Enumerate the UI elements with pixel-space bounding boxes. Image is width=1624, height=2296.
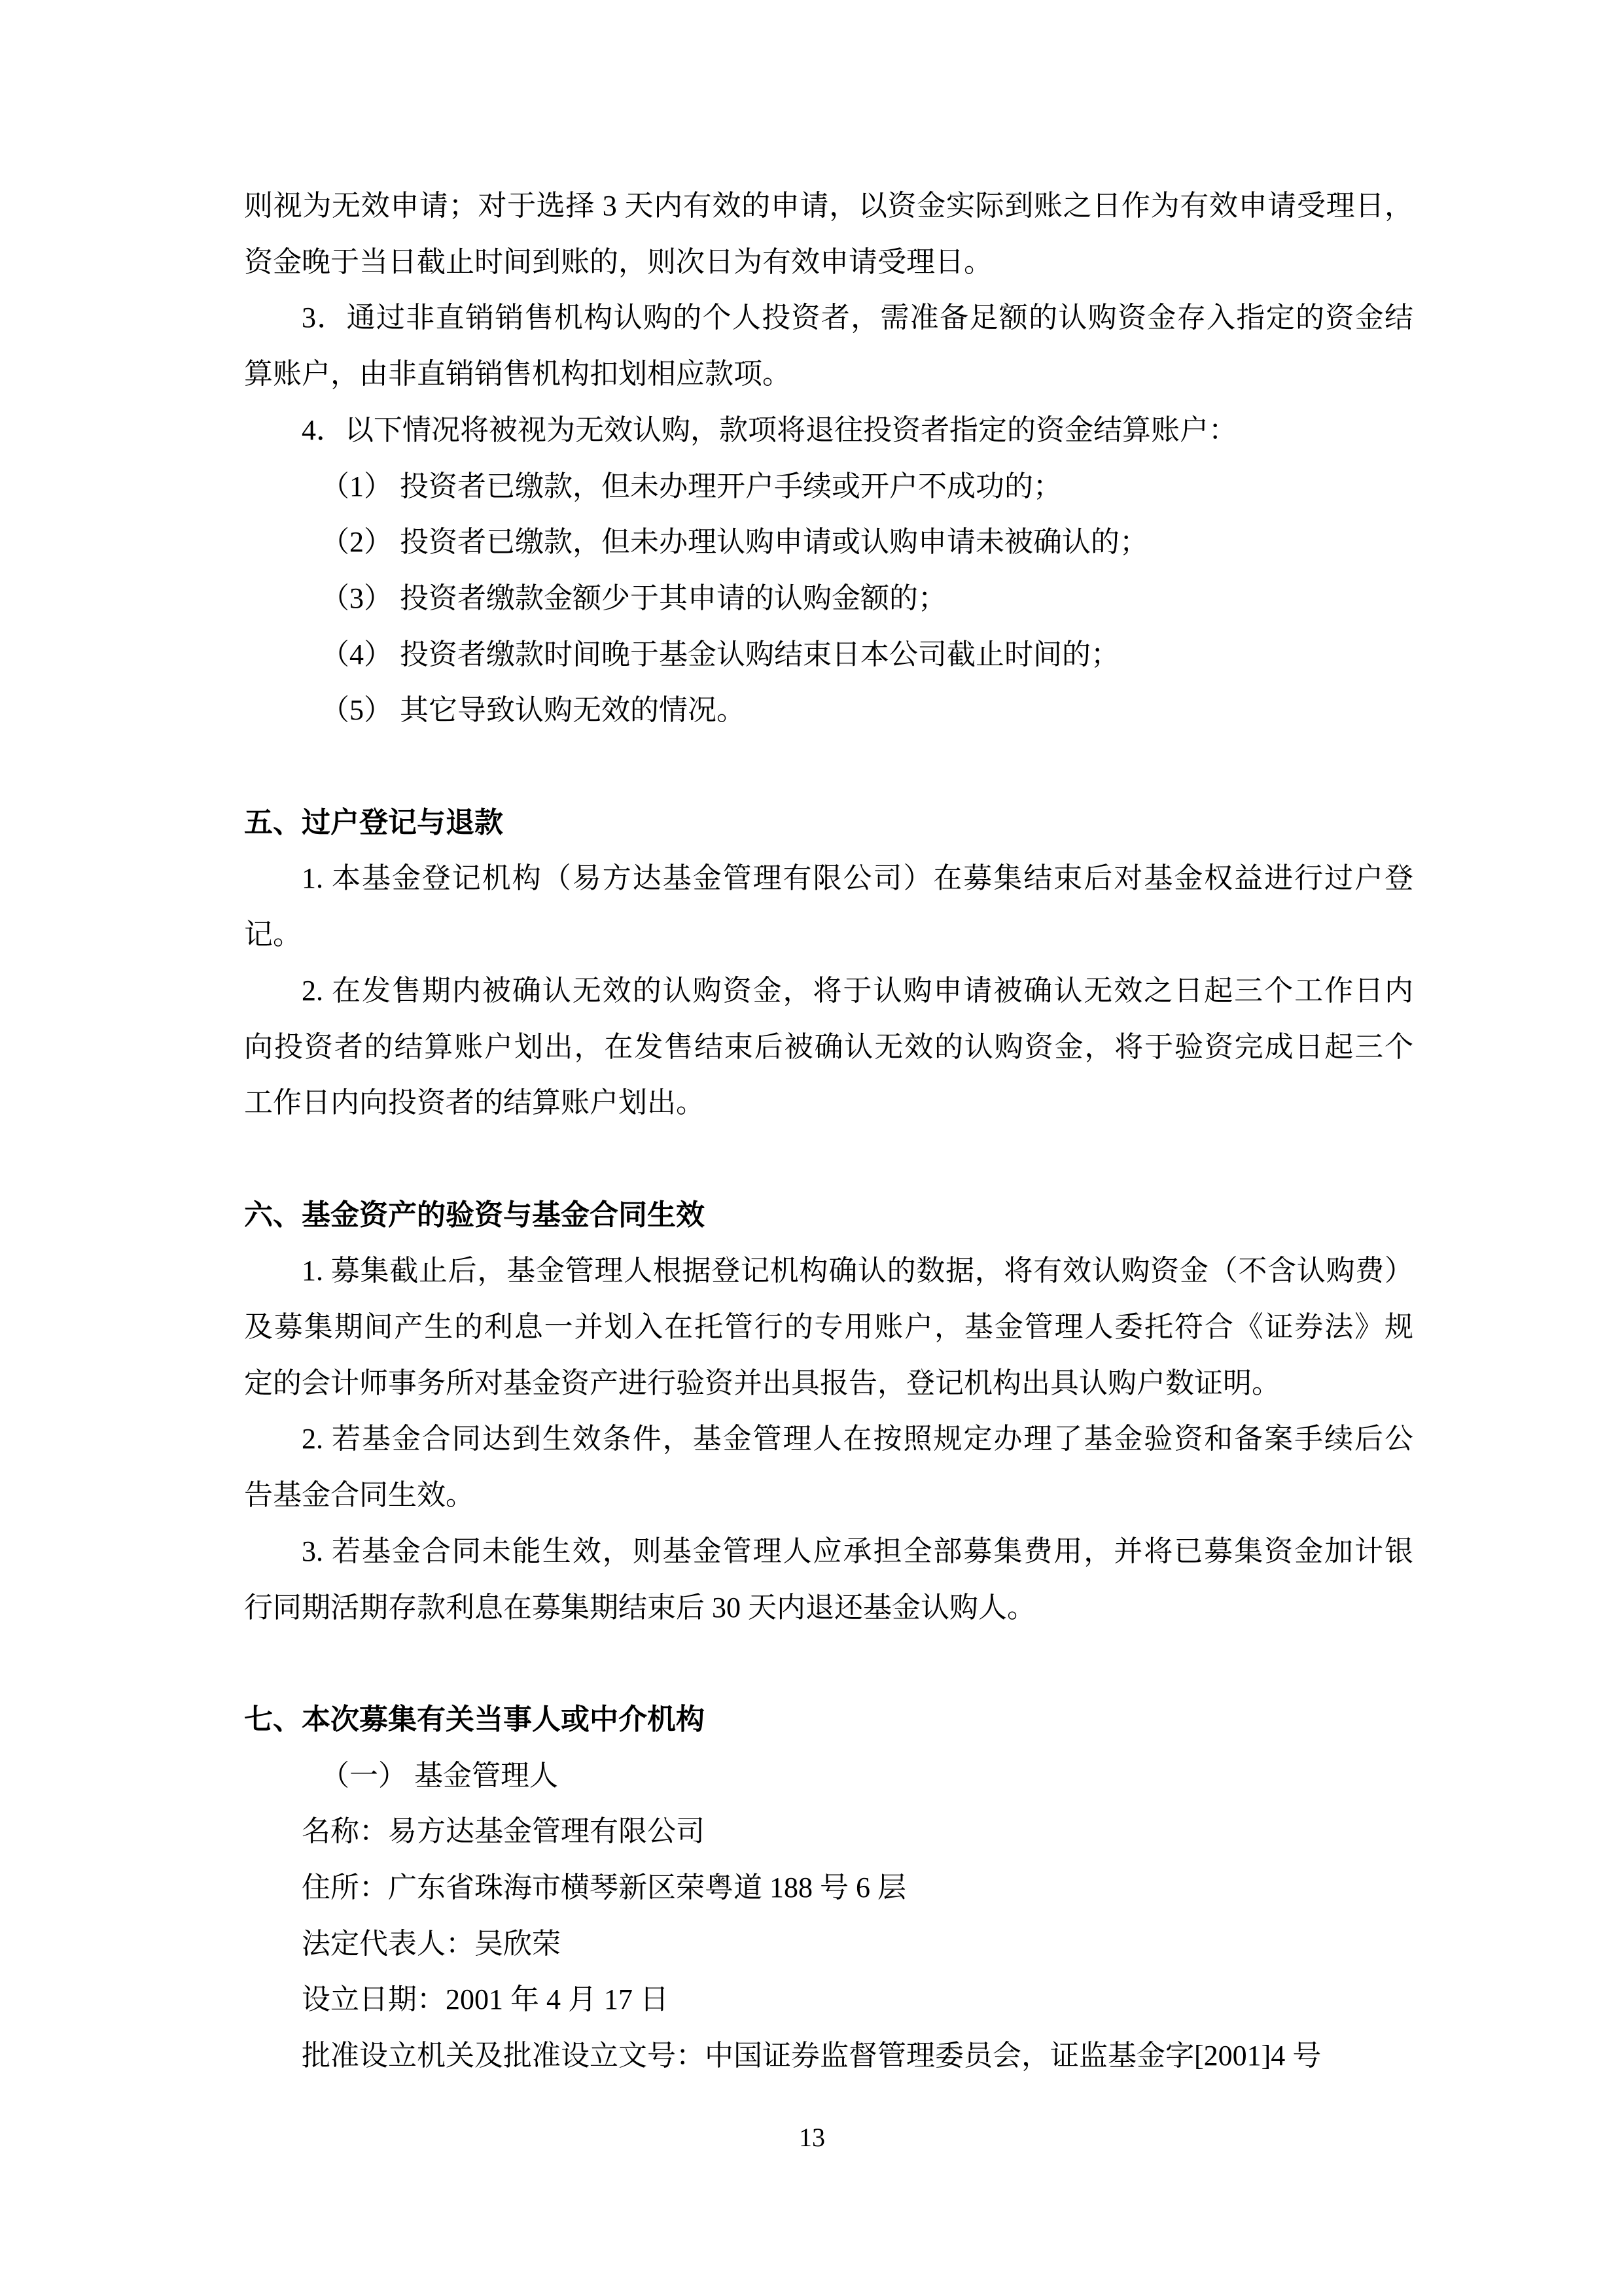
manager-est-date-line: 设立日期：2001 年 4 月 17 日 [244, 1972, 1413, 2028]
section6-p1-line-1: 1. 募集截止后，基金管理人根据登记机构确认的数据，将有效认购资金（不含认购费） [244, 1243, 1413, 1299]
item4-line-1: 4．以下情况将被视为无效认购，款项将退往投资者指定的资金结算账户： [244, 402, 1413, 459]
manager-name-line: 名称：易方达基金管理有限公司 [244, 1803, 1413, 1860]
section5-p1-line-1: 1. 本基金登记机构（易方达基金管理有限公司）在募集结束后对基金权益进行过户登 [244, 850, 1413, 907]
section5-p2-line-1: 2. 在发售期内被确认无效的认购资金，将于认购申请被确认无效之日起三个工作日内 [244, 963, 1413, 1019]
manager-legal-rep-line: 法定代表人：吴欣荣 [244, 1916, 1413, 1972]
section6-p1-line-3: 定的会计师事务所对基金资产进行验资并出具报告，登记机构出具认购户数证明。 [244, 1355, 1413, 1412]
subitem-3: （3） 投资者缴款金额少于其申请的认购金额的； [244, 570, 1413, 627]
section6-p2-line-2: 告基金合同生效。 [244, 1467, 1413, 1523]
section7-subheading: （一） 基金管理人 [244, 1748, 1413, 1804]
manager-address-line: 住所：广东省珠海市横琴新区荣粤道 188 号 6 层 [244, 1860, 1413, 1916]
document-page: 则视为无效申请；对于选择 3 天内有效的申请，以资金实际到账之日作为有效申请受理… [0, 0, 1624, 2296]
section5-p1-line-2: 记。 [244, 907, 1413, 963]
page-number: 13 [0, 2118, 1624, 2157]
subitem-5: （5） 其它导致认购无效的情况。 [244, 682, 1413, 739]
subitem-1: （1） 投资者已缴款，但未办理开户手续或开户不成功的； [244, 459, 1413, 515]
subitem-2: （2） 投资者已缴款，但未办理认购申请或认购申请未被确认的； [244, 514, 1413, 570]
section5-p2-line-3: 工作日内向投资者的结算账户划出。 [244, 1075, 1413, 1131]
section-heading-6: 六、基金资产的验资与基金合同生效 [244, 1187, 1413, 1244]
section6-p2-line-1: 2. 若基金合同达到生效条件，基金管理人在按照规定办理了基金验资和备案手续后公 [244, 1411, 1413, 1467]
section-heading-7: 七、本次募集有关当事人或中介机构 [244, 1692, 1413, 1748]
section6-p1-line-2: 及募集期间产生的利息一并划入在托管行的专用账户，基金管理人委托符合《证券法》规 [244, 1299, 1413, 1355]
carryover-line-2: 资金晚于当日截止时间到账的，则次日为有效申请受理日。 [244, 234, 1413, 290]
subitem-4: （4） 投资者缴款时间晚于基金认购结束日本公司截止时间的； [244, 627, 1413, 683]
section6-p3-line-2: 行同期活期存款利息在募集期结束后 30 天内退还基金认购人。 [244, 1580, 1413, 1636]
item3-line-2: 算账户，由非直销销售机构扣划相应款项。 [244, 346, 1413, 402]
section5-p2-line-2: 向投资者的结算账户划出，在发售结束后被确认无效的认购资金，将于验资完成日起三个 [244, 1019, 1413, 1075]
section-heading-5: 五、过户登记与退款 [244, 795, 1413, 851]
item3-line-1: 3．通过非直销销售机构认购的个人投资者，需准备足额的认购资金存入指定的资金结 [244, 290, 1413, 346]
carryover-line-1: 则视为无效申请；对于选择 3 天内有效的申请，以资金实际到账之日作为有效申请受理… [244, 178, 1413, 234]
document-body: 则视为无效申请；对于选择 3 天内有效的申请，以资金实际到账之日作为有效申请受理… [244, 178, 1413, 2084]
section6-p3-line-1: 3. 若基金合同未能生效，则基金管理人应承担全部募集费用，并将已募集资金加计银 [244, 1523, 1413, 1580]
manager-approval-line: 批准设立机关及批准设立文号：中国证券监督管理委员会，证监基金字[2001]4 号 [244, 2028, 1413, 2084]
